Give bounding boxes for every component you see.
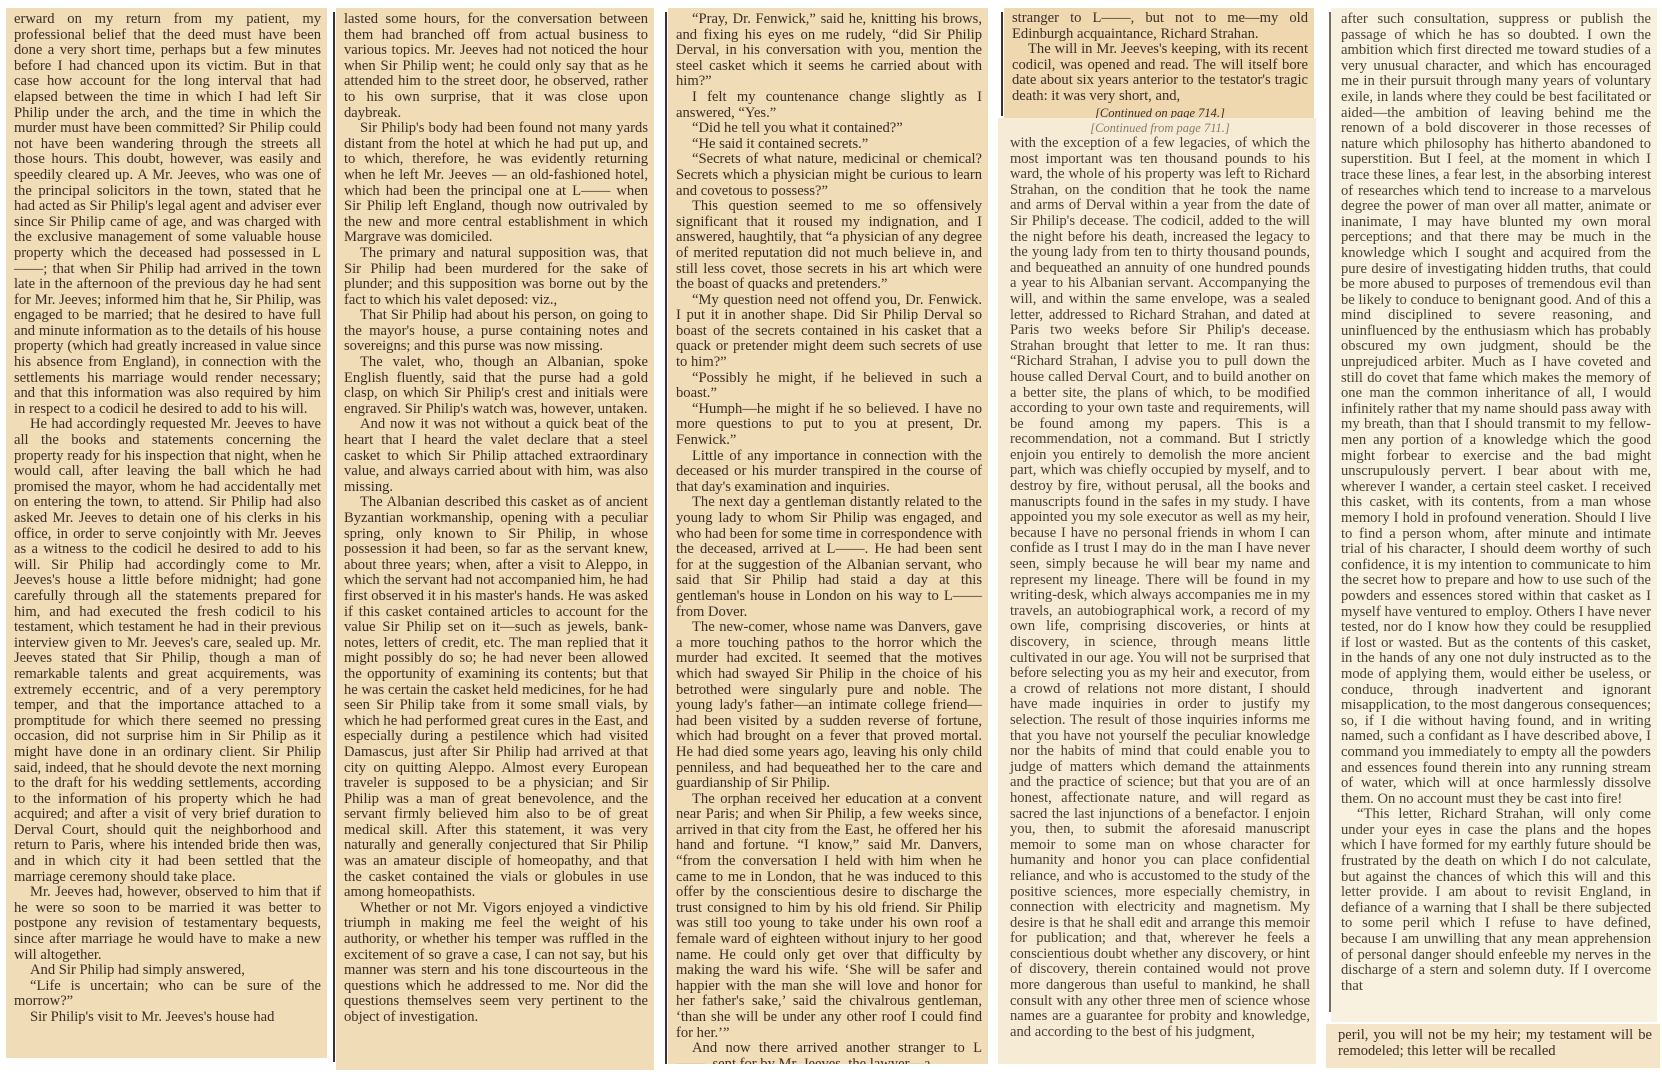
paragraph: erward on my return from my patient, my … bbox=[14, 12, 321, 417]
column-2: lasted some hours, for the conversation … bbox=[336, 8, 654, 1070]
paragraph: stranger to L——, but not to me—my old Ed… bbox=[1012, 11, 1308, 42]
paragraph: “Secrets of what nature, medicinal or ch… bbox=[676, 152, 982, 199]
paragraph: “Possibly he might, if he believed in su… bbox=[676, 371, 982, 402]
paragraph: Sir Philip's body had been found not man… bbox=[344, 121, 648, 246]
paragraph: with the exception of a few legacies, of… bbox=[1010, 136, 1310, 1040]
paragraph: peril, you will not be my heir; my testa… bbox=[1338, 1028, 1652, 1059]
paragraph: And Sir Philip had simply answered, bbox=[14, 963, 321, 979]
column-rule bbox=[333, 12, 335, 1062]
paragraph: “This letter, Richard Strahan, will only… bbox=[1341, 807, 1651, 994]
paragraph: I felt my countenance change slightly as… bbox=[676, 90, 982, 121]
paragraph: “Humph—he might if he so believed. I hav… bbox=[676, 402, 982, 449]
paragraph: The next day a gentleman distantly relat… bbox=[676, 495, 982, 620]
paragraph: The primary and natural supposition was,… bbox=[344, 246, 648, 308]
paragraph: The orphan received her education at a c… bbox=[676, 792, 982, 1042]
paragraph: “Did he tell you what it contained?” bbox=[676, 121, 982, 137]
paragraph: “Pray, Dr. Fenwick,” said he, knitting h… bbox=[676, 12, 982, 90]
paragraph: The Albanian described this casket as of… bbox=[344, 495, 648, 900]
column-rule bbox=[1001, 12, 1003, 116]
continued-from-note: [Continued from page 711.] bbox=[1010, 120, 1310, 136]
paragraph: The new-comer, whose name was Danvers, g… bbox=[676, 620, 982, 792]
column-rule bbox=[665, 12, 667, 1064]
paragraph: lasted some hours, for the conversation … bbox=[344, 12, 648, 121]
paragraph: Mr. Jeeves had, however, observed to him… bbox=[14, 885, 321, 963]
paragraph: Little of any importance in connection w… bbox=[676, 449, 982, 496]
column-3: “Pray, Dr. Fenwick,” said he, knitting h… bbox=[668, 8, 988, 1064]
column-4-bottom-clipping: [Continued from page 711.] with the exce… bbox=[998, 118, 1316, 1064]
paragraph: And now there arrived another stranger t… bbox=[676, 1041, 982, 1064]
paragraph: The will in Mr. Jeeves's keeping, with i… bbox=[1012, 42, 1308, 104]
column-4-top-clipping: stranger to L——, but not to me—my old Ed… bbox=[1004, 8, 1314, 120]
paragraph: That Sir Philip had about his person, on… bbox=[344, 308, 648, 355]
paragraph: The valet, who, though an Albanian, spok… bbox=[344, 355, 648, 417]
paragraph: after such consultation, suppress or pub… bbox=[1341, 12, 1651, 807]
paragraph: “He said it contained secrets.” bbox=[676, 137, 982, 153]
paragraph: And now it was not without a quick beat … bbox=[344, 417, 648, 495]
paragraph: “Life is uncertain; who can be sure of t… bbox=[14, 979, 321, 1010]
paragraph: Sir Philip's visit to Mr. Jeeves's house… bbox=[14, 1010, 321, 1026]
paragraph: He had accordingly requested Mr. Jeeves … bbox=[14, 417, 321, 885]
column-1: erward on my return from my patient, my … bbox=[6, 8, 327, 1058]
paragraph: “My question need not offend you, Dr. Fe… bbox=[676, 293, 982, 371]
column-5: after such consultation, suppress or pub… bbox=[1331, 8, 1657, 1022]
paragraph: Whether or not Mr. Vigors enjoyed a vind… bbox=[344, 901, 648, 1026]
paragraph: This question seemed to me so offensivel… bbox=[676, 199, 982, 293]
column-5-bottom-strip: peril, you will not be my heir; my testa… bbox=[1326, 1024, 1660, 1068]
